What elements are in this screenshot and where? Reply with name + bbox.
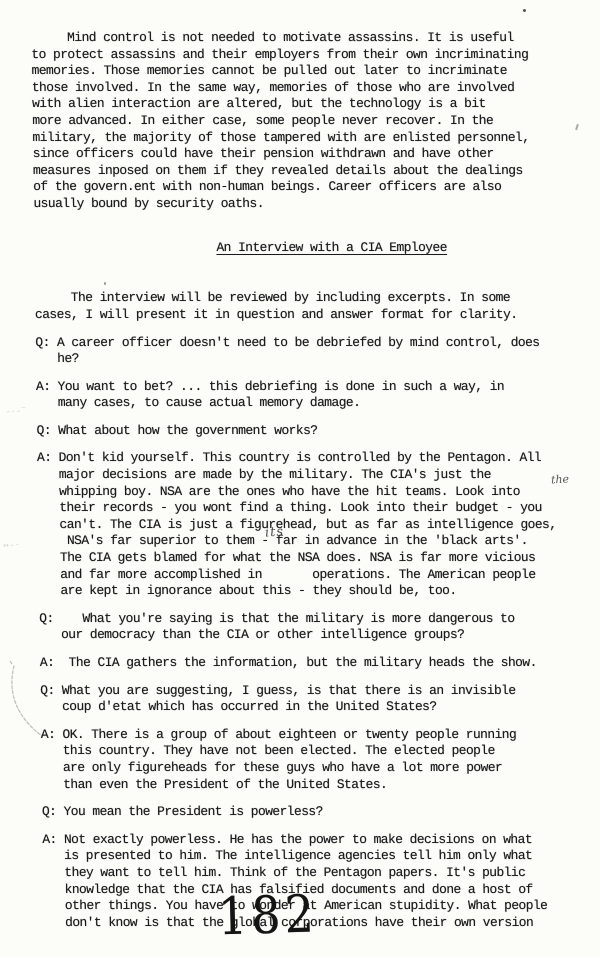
- ink-speck-top-right: [523, 9, 526, 12]
- pencil-curve-left-margin: [4, 660, 54, 750]
- qa-answer-2: A: Don't kid yourself. This country is c…: [37, 450, 591, 599]
- section-heading-text: An Interview with a CIA Employee: [216, 240, 447, 255]
- pencil-mark-left-margin-2: ∾‒·: [3, 540, 21, 551]
- section-heading: An Interview with a CIA Employee: [34, 224, 587, 274]
- qa-question-1: Q: A career officer doesn't need to be d…: [35, 335, 587, 368]
- qa-question-3: Q: What you're saying is that the milita…: [39, 611, 591, 644]
- scanned-document-page: Mind control is not needed to motivate a…: [0, 0, 600, 957]
- qa-question-4: Q: What you are suggesting, I guess, is …: [40, 683, 592, 716]
- handwritten-word-its: its: [265, 524, 285, 540]
- qa-answer-3: A: The CIA gathers the information, but …: [40, 655, 592, 672]
- qa-answer-1: A: You want to bet? ... this debriefing …: [36, 379, 588, 412]
- qa-answer-5: A: Not exactly powerless. He has the pow…: [42, 832, 595, 932]
- text-column: Mind control is not needed to motivate a…: [31, 30, 596, 942]
- ink-speck-mid: [104, 282, 106, 285]
- qa-answer-4: A: OK. There is a group of about eightee…: [41, 727, 594, 793]
- handwritten-word-the: the: [551, 473, 570, 487]
- intro-paragraph: Mind control is not needed to motivate a…: [31, 30, 586, 213]
- lead-paragraph: The interview will be reviewed by includ…: [35, 290, 587, 323]
- qa-question-5: Q: You mean the President is powerless?: [42, 804, 594, 821]
- page-number: 182: [217, 883, 318, 946]
- pencil-mark-left-margin-1: ‒·‒‾: [6, 407, 27, 416]
- qa-question-2: Q: What about how the government works?: [36, 423, 588, 440]
